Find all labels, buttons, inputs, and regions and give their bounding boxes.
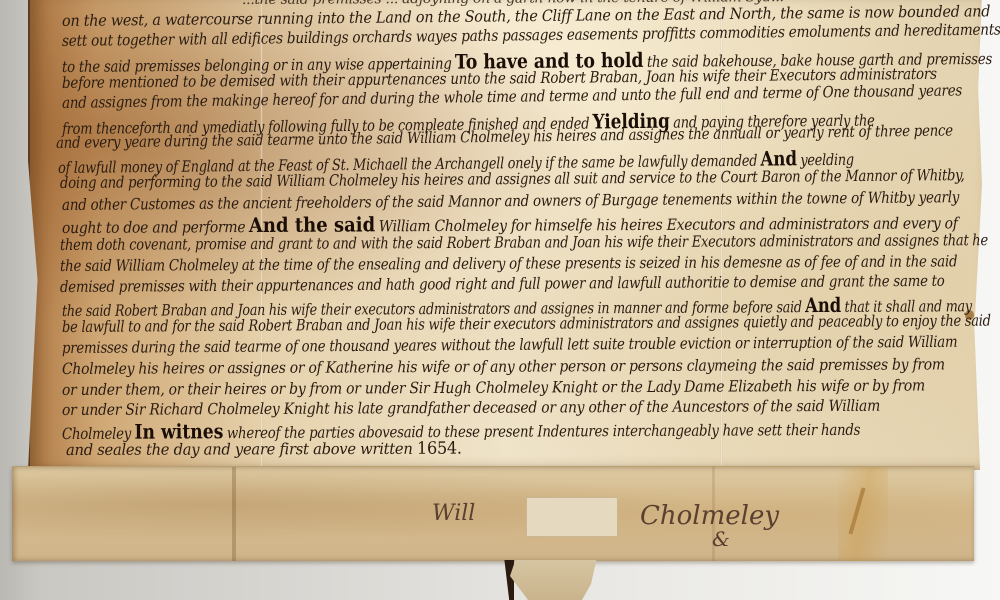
turnup-crease	[232, 467, 236, 561]
stain	[838, 467, 888, 561]
text-line: and seales the day and yeare first above…	[66, 439, 462, 460]
seal-tag	[510, 560, 600, 600]
signature-flourish: &	[712, 527, 730, 551]
signature-first-name: Will	[432, 501, 475, 526]
signature-surname: Cholmeley	[640, 501, 779, 531]
parchment-turnup-fold: Will Cholmeley &	[12, 466, 974, 561]
document-year: 1654.	[417, 439, 462, 459]
seal-tag-shadow	[498, 560, 514, 600]
paper-patch	[526, 497, 618, 537]
heading-and-the-said: And the said	[249, 212, 375, 237]
